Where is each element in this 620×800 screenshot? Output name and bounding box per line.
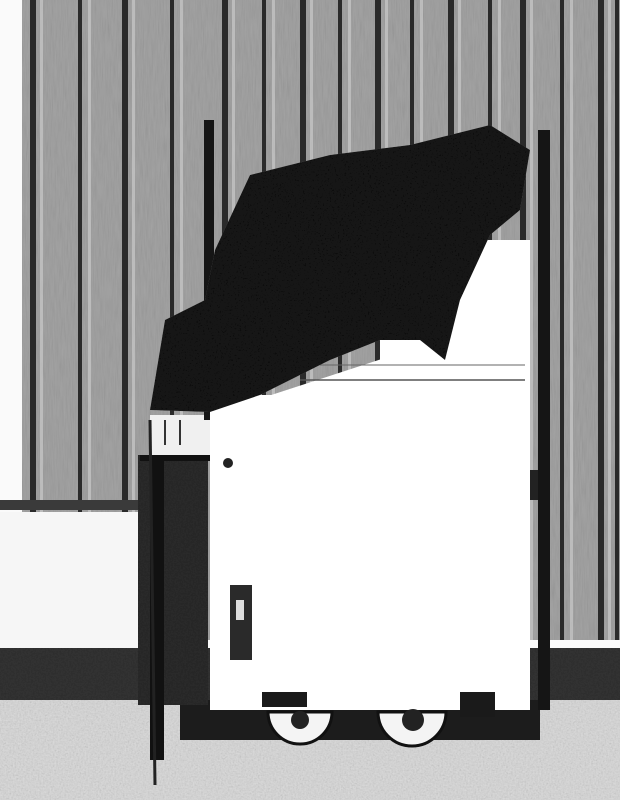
sketch-scene	[0, 0, 620, 800]
cabinet-handle	[230, 585, 252, 660]
sketch-illustration	[0, 0, 620, 800]
